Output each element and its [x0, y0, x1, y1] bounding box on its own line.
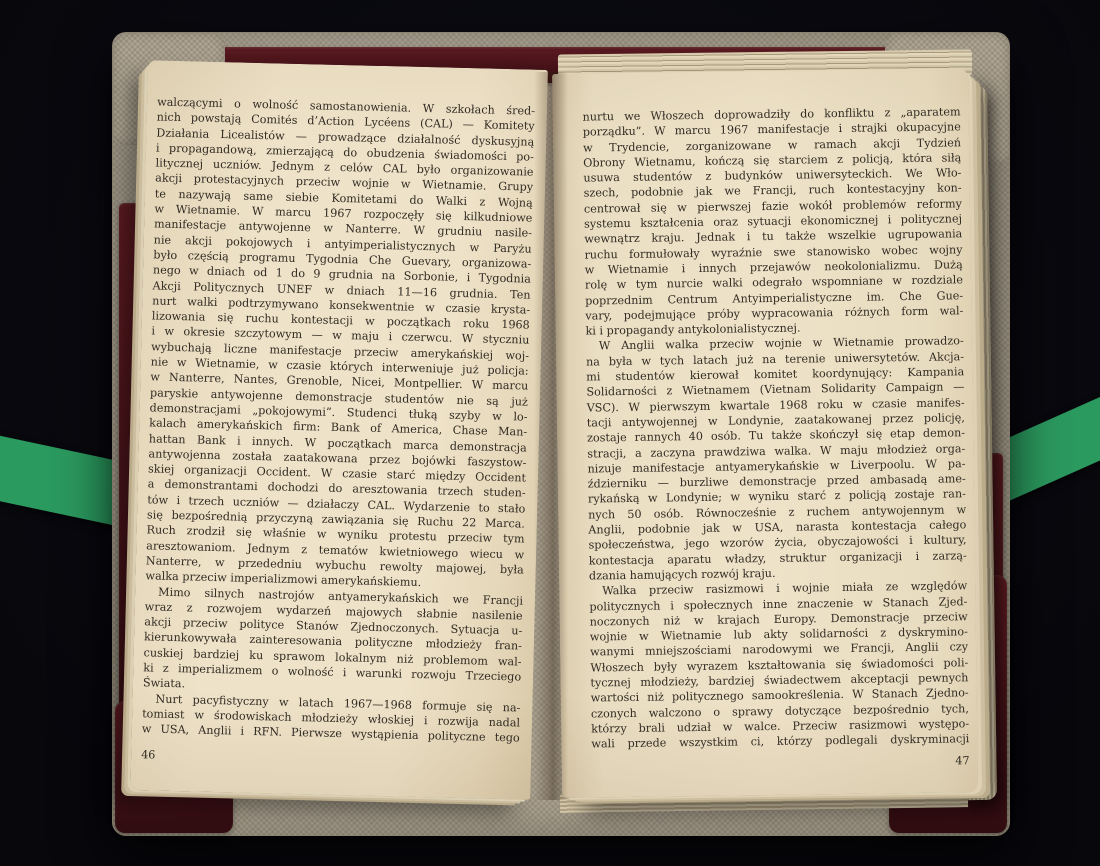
page-47-text: nurtu we Włoszech doprowadziły do konfli…: [582, 104, 969, 752]
page-number-left: 46: [141, 747, 519, 772]
page-number-right: 47: [592, 753, 970, 774]
book-page-left: walczącymi o wolność samostanowienia. W …: [130, 60, 548, 800]
scene: walczącymi o wolność samostanowienia. W …: [0, 0, 1100, 866]
page-46-text: walczącymi o wolność samostanowienia. W …: [142, 94, 536, 746]
book-page-right: nurtu we Włoszech doprowadziły do konfli…: [552, 68, 978, 798]
